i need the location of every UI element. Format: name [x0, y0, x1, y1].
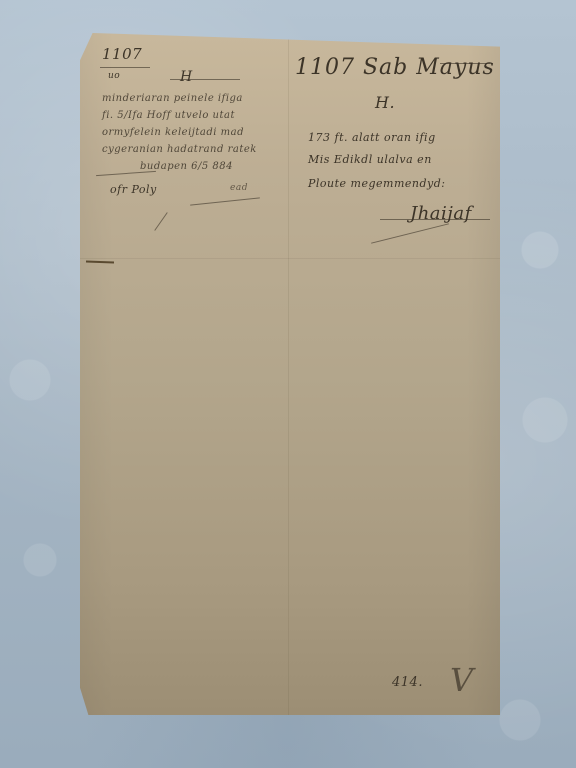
- reference-sub: uo: [108, 71, 120, 81]
- left-text-line: minderiaran peinele ifiga: [102, 93, 243, 104]
- signature-flourish: [154, 212, 167, 231]
- signature-flourish: [190, 197, 260, 205]
- right-text-line: Ploute megemmendyd:: [308, 177, 446, 190]
- check-mark: V: [450, 661, 474, 699]
- overline-stroke: [440, 63, 490, 64]
- underline-stroke: [100, 67, 150, 68]
- left-date-line: budapen 6/5 884: [140, 161, 233, 172]
- left-signature: ofr Poly: [110, 183, 157, 196]
- left-text-line: fi. 5/Ifa Hoff utvelo utat: [102, 110, 235, 121]
- right-text-line: Mis Edikdl ulalva en: [308, 153, 432, 166]
- signature-underline: [380, 219, 490, 220]
- paper-fold-vertical: [288, 33, 289, 715]
- right-text-line: 173 ft. alatt oran ifig: [308, 131, 436, 144]
- paper-fold-horizontal: [80, 258, 500, 259]
- left-note: ead: [230, 183, 248, 193]
- left-text-line: cygeranian hadatrand ratek: [102, 144, 257, 155]
- underline-stroke: [170, 79, 240, 80]
- reference-number: 1107: [102, 45, 142, 63]
- handwritten-document: 1107 uo H minderiaran peinele ifiga fi. …: [80, 33, 500, 715]
- page-number: 414.: [392, 675, 423, 690]
- right-signature: Jhaijaf: [410, 203, 472, 224]
- reference-mark: H: [180, 69, 193, 85]
- signature-flourish: [371, 223, 449, 243]
- paper-tear-mark: [86, 261, 114, 264]
- right-header-sub: H.: [375, 93, 395, 112]
- left-text-line: ormyfelein keleijtadi mad: [102, 127, 244, 138]
